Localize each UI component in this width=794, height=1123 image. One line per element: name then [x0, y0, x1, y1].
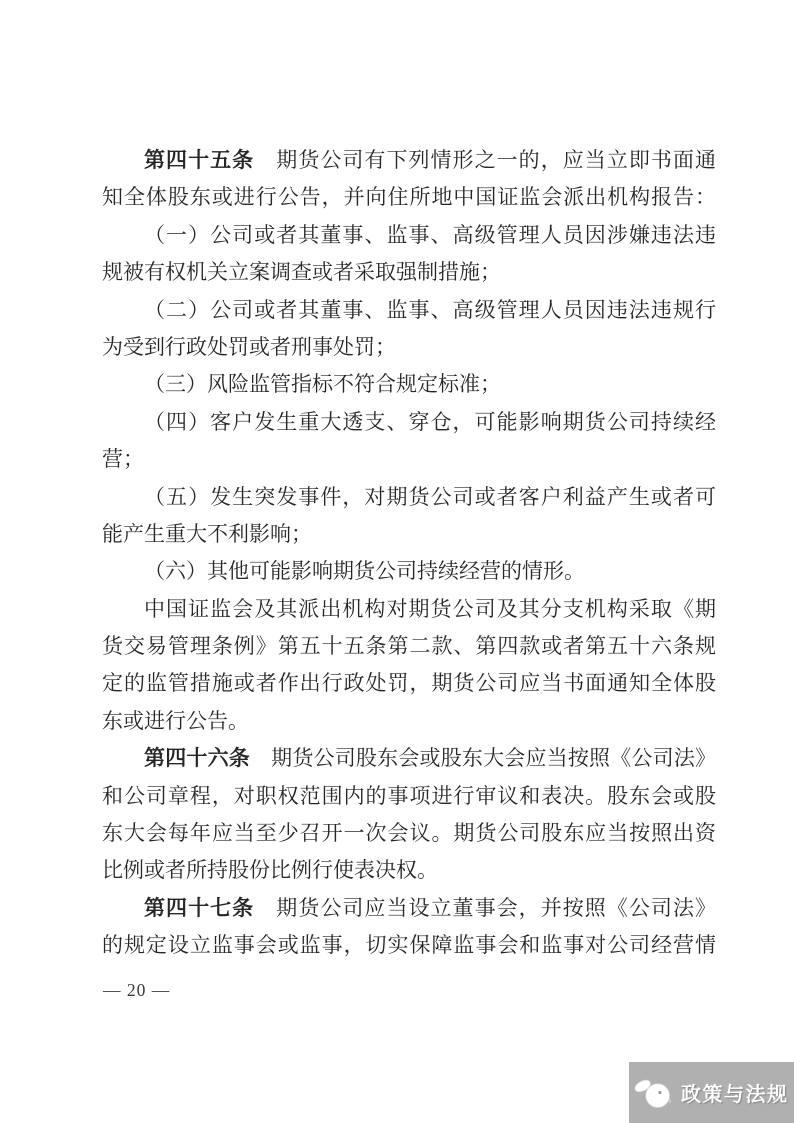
document-line: 营； [102, 441, 716, 478]
line-text: 能产生重大不利影响； [102, 522, 312, 546]
document-line: 为受到行政处罚或者刑事处罚； [102, 329, 716, 366]
article-number: 第四十七条 [144, 896, 254, 920]
line-text: （四）客户发生重大透支、穿仓，可能影响期货公司持续经 [144, 410, 716, 434]
line-text: 规被有权机关立案调查或者采取强制措施； [102, 260, 501, 284]
document-line: 第四十七条 期货公司应当设立董事会，并按照《公司法》 [102, 890, 716, 927]
line-text: 为受到行政处罚或者刑事处罚； [102, 335, 396, 359]
line-text: 比例或者所持股份比例行使表决权。 [102, 858, 438, 882]
footer-brand-badge: 政策与法规 [629, 1062, 794, 1123]
document-line: 和公司章程，对职权范围内的事项进行审议和表决。股东会或股 [102, 778, 716, 815]
article-number: 第四十五条 [144, 148, 254, 172]
line-text: 营； [102, 447, 144, 471]
document-line: 东大会每年应当至少召开一次会议。期货公司股东应当按照出资 [102, 815, 716, 852]
document-line: 知全体股东或进行公告，并向住所地中国证监会派出机构报告： [102, 179, 716, 216]
line-text: 的规定设立监事会或监事，切实保障监事会和监事对公司经营情 [102, 933, 716, 957]
document-body: 第四十五条 期货公司有下列情形之一的，应当立即书面通知全体股东或进行公告，并向住… [102, 142, 716, 965]
line-text: 知全体股东或进行公告，并向住所地中国证监会派出机构报告： [102, 185, 716, 209]
line-text: （五）发生突发事件，对期货公司或者客户利益产生或者可 [144, 485, 716, 509]
footer-brand-label: 政策与法规 [681, 1078, 789, 1107]
line-text: 中国证监会及其派出机构对期货公司及其分支机构采取《期 [144, 597, 716, 621]
document-line: 第四十五条 期货公司有下列情形之一的，应当立即书面通 [102, 142, 716, 179]
line-text: （三）风险监管指标不符合规定标准； [144, 372, 501, 396]
document-line: （六）其他可能影响期货公司持续经营的情形。 [102, 553, 716, 590]
document-line: 规被有权机关立案调查或者采取强制措施； [102, 254, 716, 291]
article-number: 第四十六条 [144, 746, 250, 770]
document-line: 的规定设立监事会或监事，切实保障监事会和监事对公司经营情 [102, 927, 716, 964]
line-text: 货交易管理条例》第五十五条第二款、第四款或者第五十六条规 [102, 634, 716, 658]
document-line: 第四十六条 期货公司股东会或股东大会应当按照《公司法》 [102, 740, 716, 777]
line-text: 东或进行公告。 [102, 709, 249, 733]
line-text: 和公司章程，对职权范围内的事项进行审议和表决。股东会或股 [102, 784, 716, 808]
document-line: （三）风险监管指标不符合规定标准； [102, 366, 716, 403]
document-line: 能产生重大不利影响； [102, 516, 716, 553]
bird-logo-icon [633, 1074, 677, 1112]
document-line: 定的监管措施或者作出行政处罚，期货公司应当书面通知全体股 [102, 665, 716, 702]
document-line: （四）客户发生重大透支、穿仓，可能影响期货公司持续经 [102, 404, 716, 441]
document-line: 东或进行公告。 [102, 703, 716, 740]
document-line: 中国证监会及其派出机构对期货公司及其分支机构采取《期 [102, 591, 716, 628]
document-line: 比例或者所持股份比例行使表决权。 [102, 852, 716, 889]
document-line: （一）公司或者其董事、监事、高级管理人员因涉嫌违法违 [102, 217, 716, 254]
document-page: 第四十五条 期货公司有下列情形之一的，应当立即书面通知全体股东或进行公告，并向住… [0, 0, 794, 1123]
line-text: 期货公司股东会或股东大会应当按照《公司法》 [250, 746, 716, 770]
line-text: 期货公司应当设立董事会，并按照《公司法》 [254, 896, 716, 920]
document-line: 货交易管理条例》第五十五条第二款、第四款或者第五十六条规 [102, 628, 716, 665]
line-text: （二）公司或者其董事、监事、高级管理人员因违法违规行 [144, 298, 716, 322]
document-line: （二）公司或者其董事、监事、高级管理人员因违法违规行 [102, 292, 716, 329]
line-text: 期货公司有下列情形之一的，应当立即书面通 [254, 148, 716, 172]
line-text: （一）公司或者其董事、监事、高级管理人员因涉嫌违法违 [144, 223, 716, 247]
page-number: — 20 — [103, 980, 170, 1001]
line-text: 定的监管措施或者作出行政处罚，期货公司应当书面通知全体股 [102, 671, 716, 695]
document-line: （五）发生突发事件，对期货公司或者客户利益产生或者可 [102, 479, 716, 516]
line-text: 东大会每年应当至少召开一次会议。期货公司股东应当按照出资 [102, 821, 716, 845]
line-text: （六）其他可能影响期货公司持续经营的情形。 [144, 559, 585, 583]
